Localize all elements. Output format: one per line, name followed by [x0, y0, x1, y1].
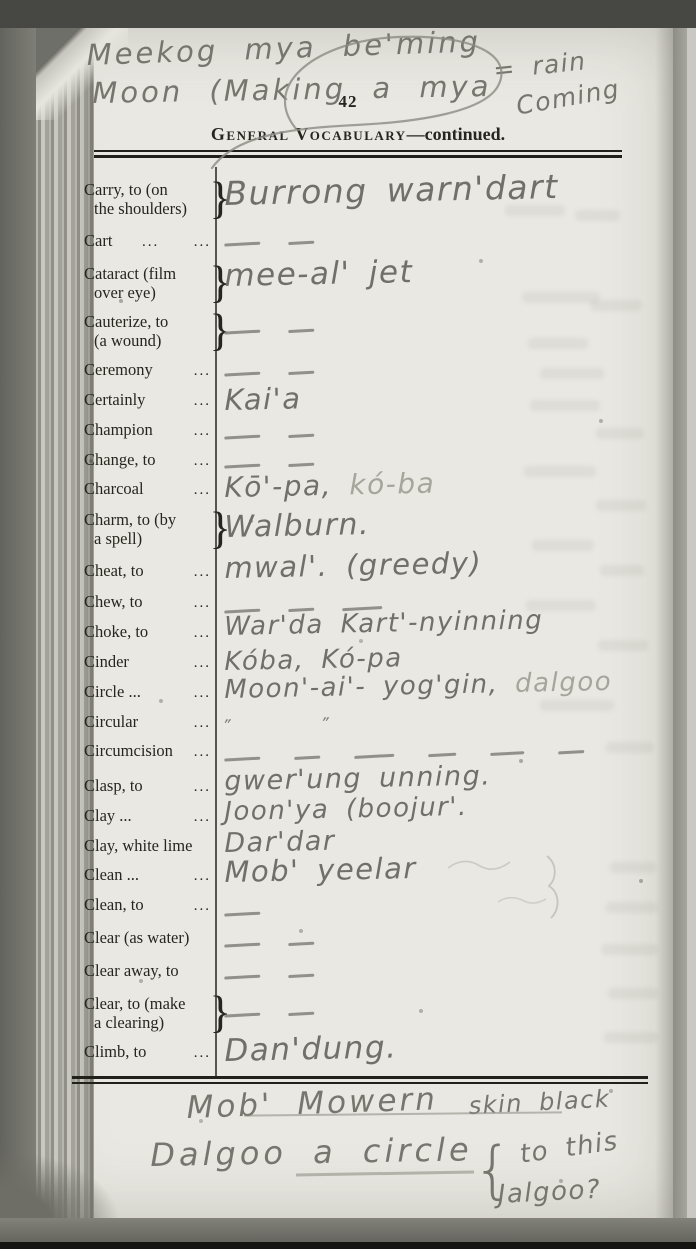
- scanned-book-page: Meekog mya be'ming Moon (Making a mya = …: [0, 0, 696, 1249]
- vocab-value-handwritten: ″ ″: [224, 708, 332, 741]
- vocab-value-handwritten: [224, 961, 343, 994]
- handwritten-word: mee-al' jet: [224, 254, 414, 294]
- scan-bottom-border: [0, 1242, 696, 1249]
- handwritten-word: Mob' yeelar: [224, 851, 417, 889]
- vocab-term: Carry, to (onthe shoulders)}: [84, 180, 214, 218]
- ghost-text-blob: [596, 428, 644, 439]
- vocab-term: Climb, to...: [84, 1042, 214, 1063]
- term-leader-dots: ...: [194, 654, 214, 673]
- blank-entry-dash: [224, 911, 260, 916]
- blank-entry-dash: [224, 434, 260, 439]
- ghost-text-blob: [606, 902, 658, 913]
- term-text: Cheat, to: [84, 561, 144, 580]
- term-text: Climb, to: [84, 1042, 146, 1061]
- ghost-text-blob: [575, 210, 620, 221]
- handwritten-word: Burrong warn'dart: [224, 167, 559, 213]
- vocab-term: Clear, to (makea clearing)}: [84, 994, 214, 1032]
- term-leader-dots: ...: [194, 743, 214, 762]
- vocab-term: Ceremony...: [84, 360, 214, 381]
- blank-entry-dash: [288, 240, 314, 244]
- vocab-term: Clay, white lime: [84, 836, 214, 855]
- ghost-text-blob: [528, 338, 588, 349]
- vocab-value-handwritten: mee-al' jet: [224, 254, 414, 294]
- ghost-text-blob: [602, 944, 658, 955]
- vocab-value-handwritten: [224, 899, 289, 931]
- page-number: 42: [320, 92, 376, 112]
- ghost-text-blob: [610, 862, 656, 873]
- term-text: Certainly: [84, 390, 145, 409]
- vocab-term: Cheat, to...: [84, 561, 214, 582]
- ghost-text-blob: [540, 368, 604, 379]
- vocab-term: Cauterize, to(a wound)}: [84, 312, 214, 350]
- vocab-term: Clear (as water): [84, 928, 214, 947]
- term-text: Champion: [84, 420, 153, 439]
- term-text: Circumcision: [84, 741, 173, 760]
- ghost-text-blob: [540, 700, 614, 711]
- term-text: Clean, to: [84, 895, 144, 914]
- paper-speckles: [0, 0, 2, 2]
- term-leader-dots: ...: [194, 452, 214, 471]
- handwritten-word: Dan'dung.: [224, 1029, 398, 1069]
- term-text: Choke, to: [84, 622, 148, 641]
- term-text: Clay ...: [84, 806, 132, 825]
- vocab-term: Certainly...: [84, 390, 214, 411]
- blank-entry-dash: [490, 751, 524, 755]
- ghost-text-blob: [598, 640, 648, 651]
- term-text: Circular: [84, 712, 138, 731]
- vocab-term: Cinder...: [84, 652, 214, 673]
- term-leader-dots: ...: [194, 362, 214, 381]
- page-title-rest: —continued.: [407, 124, 506, 144]
- scan-right-gutter: [673, 28, 687, 1249]
- scan-left-background: [0, 28, 36, 1220]
- blank-entry-dash: [224, 1012, 260, 1017]
- vocab-term: Choke, to...: [84, 622, 214, 643]
- vocab-term: Circle ......: [84, 682, 214, 703]
- term-text: Clear, to (make: [84, 994, 186, 1013]
- ghost-text-blob: [524, 466, 596, 477]
- term-leader-dots: ...: [194, 422, 214, 441]
- vocab-value-handwritten: Burrong warn'dart: [224, 167, 559, 214]
- vocab-value-handwritten: [224, 929, 343, 962]
- bottom-annotation-word2: Dalgoo a circle: [150, 1130, 473, 1174]
- term-text: Cinder: [84, 652, 129, 671]
- term-text: Chew, to: [84, 592, 143, 611]
- blank-entry-dash: [224, 463, 260, 468]
- blank-entry-dash: [288, 433, 314, 437]
- ditto-marks: ″ ″: [224, 713, 332, 739]
- blank-entry-dash: [288, 328, 314, 332]
- vocab-term: Clasp, to...: [84, 776, 214, 797]
- term-leader-dots: ...: [194, 778, 214, 797]
- term-text: Charcoal: [84, 479, 144, 498]
- term-text: Clay, white lime: [84, 836, 192, 855]
- blank-entry-dash: [294, 755, 320, 759]
- term-leader-dots: ... ...: [142, 233, 214, 252]
- blank-entry-dash: [558, 750, 584, 754]
- vocab-term: Charm, to (bya spell)}: [84, 510, 214, 548]
- scan-right-edge: [687, 28, 696, 1249]
- ghost-text-blob: [530, 400, 600, 411]
- vocab-value-handwritten: [224, 999, 343, 1032]
- term-text-line2: a spell): [84, 529, 214, 548]
- bottom-annotation-note2: Jalgoo?: [497, 1175, 602, 1210]
- term-text-line2: the shoulders): [84, 199, 214, 218]
- handwritten-word: Kai'a: [224, 381, 302, 417]
- vocab-term: Cataract (filmover eye)}: [84, 264, 214, 302]
- blank-entry-dash: [288, 462, 314, 466]
- term-text: Clear away, to: [84, 961, 179, 980]
- term-leader-dots: ...: [194, 684, 214, 703]
- handwritten-word: mwal'. (greedy): [224, 546, 483, 585]
- bottom-left-shadow: [0, 1150, 120, 1220]
- term-leader-dots: ...: [194, 808, 214, 827]
- handwritten-word: Walburn.: [224, 507, 370, 545]
- term-leader-dots: ...: [194, 714, 214, 733]
- vocab-value-handwritten: Mob' yeelar: [224, 851, 417, 890]
- blank-entry-dash: [224, 942, 260, 947]
- vocab-value-handwritten: Kō'-pa, kó-ba: [224, 467, 436, 505]
- vocab-term: Circumcision...: [84, 741, 214, 762]
- ghost-text-blob: [608, 988, 658, 999]
- blank-entry-dash: [224, 974, 260, 979]
- vocab-term: Clean, to...: [84, 895, 214, 916]
- vocab-value-handwritten: Joon'ya (boojur'.: [224, 792, 468, 827]
- term-text: Cataract (film: [84, 264, 176, 283]
- term-leader-dots: ...: [194, 594, 214, 613]
- term-leader-dots: ...: [194, 392, 214, 411]
- blank-entry-dash: [224, 329, 260, 334]
- vocab-term: Clear away, to: [84, 961, 214, 980]
- double-rule-bottom: [72, 1076, 648, 1084]
- vocab-term: Change, to...: [84, 450, 214, 471]
- term-text: Change, to: [84, 450, 156, 469]
- blank-entry-dash: [288, 1011, 314, 1015]
- term-text: Ceremony: [84, 360, 153, 379]
- term-leader-dots: ...: [194, 867, 214, 886]
- handwritten-word-faint: kó-ba: [332, 467, 436, 502]
- handwritten-word: Joon'ya (boojur'.: [224, 792, 468, 827]
- ghost-text-blob: [590, 300, 642, 311]
- handwritten-word: Kō'-pa,: [224, 469, 332, 504]
- term-text-line2: over eye): [84, 283, 214, 302]
- ghost-text-blob: [604, 1032, 658, 1043]
- blank-entry-dash: [288, 973, 314, 977]
- term-leader-dots: ...: [194, 897, 214, 916]
- scan-top-border: [0, 0, 696, 28]
- vocab-value-handwritten: Kai'a: [224, 381, 302, 418]
- blank-entry-dash: [354, 753, 394, 758]
- term-leader-dots: ...: [194, 1044, 214, 1063]
- term-text: Clear (as water): [84, 928, 189, 947]
- term-leader-dots: ...: [194, 624, 214, 643]
- term-text-line2: (a wound): [84, 331, 214, 350]
- term-leader-dots: ...: [194, 481, 214, 500]
- handwritten-word-faint: dalgoo: [498, 667, 612, 699]
- ghost-text-blob: [532, 540, 594, 551]
- vocab-term: Champion...: [84, 420, 214, 441]
- ghost-text-blob: [600, 565, 644, 576]
- vocab-value-handwritten: mwal'. (greedy): [224, 546, 483, 586]
- vocab-term: Chew, to...: [84, 592, 214, 613]
- term-leader-dots: ...: [194, 563, 214, 582]
- vocab-value-handwritten: [224, 316, 343, 349]
- vocab-term: Clean ......: [84, 865, 214, 886]
- double-rule-top: [94, 150, 622, 158]
- blank-entry-dash: [224, 241, 260, 246]
- page-title: General Vocabulary—continued.: [20, 124, 696, 145]
- term-text: Cart: [84, 231, 112, 250]
- blank-entry-dash: [428, 752, 456, 756]
- page-title-smallcaps: General Vocabulary: [211, 124, 407, 144]
- vocab-value-handwritten: Dan'dung.: [224, 1029, 398, 1069]
- blank-entry-dash: [288, 370, 314, 374]
- term-text: Clean ...: [84, 865, 139, 884]
- term-text-line2: a clearing): [84, 1013, 214, 1032]
- top-annotation-line2: Moon (Making a mya: [92, 69, 492, 110]
- blank-entry-dash: [224, 756, 260, 761]
- ghost-text-blob: [522, 292, 600, 303]
- blank-entry-dash: [224, 371, 260, 376]
- vocab-term: Circular...: [84, 712, 214, 733]
- ghost-text-blob: [596, 500, 646, 511]
- term-text: Circle ...: [84, 682, 141, 701]
- term-text: Clasp, to: [84, 776, 143, 795]
- term-text: Cauterize, to: [84, 312, 168, 331]
- blank-entry-dash: [288, 941, 314, 945]
- vocab-term: Clay ......: [84, 806, 214, 827]
- vocab-value-handwritten: Walburn.: [224, 507, 370, 545]
- term-text: Carry, to (on: [84, 180, 168, 199]
- handwritten-word: Moon'-ai'- yog'gin,: [224, 669, 499, 705]
- vocab-term: Charcoal...: [84, 479, 214, 500]
- vocab-term: Cart... ...: [84, 231, 214, 252]
- term-text: Charm, to (by: [84, 510, 176, 529]
